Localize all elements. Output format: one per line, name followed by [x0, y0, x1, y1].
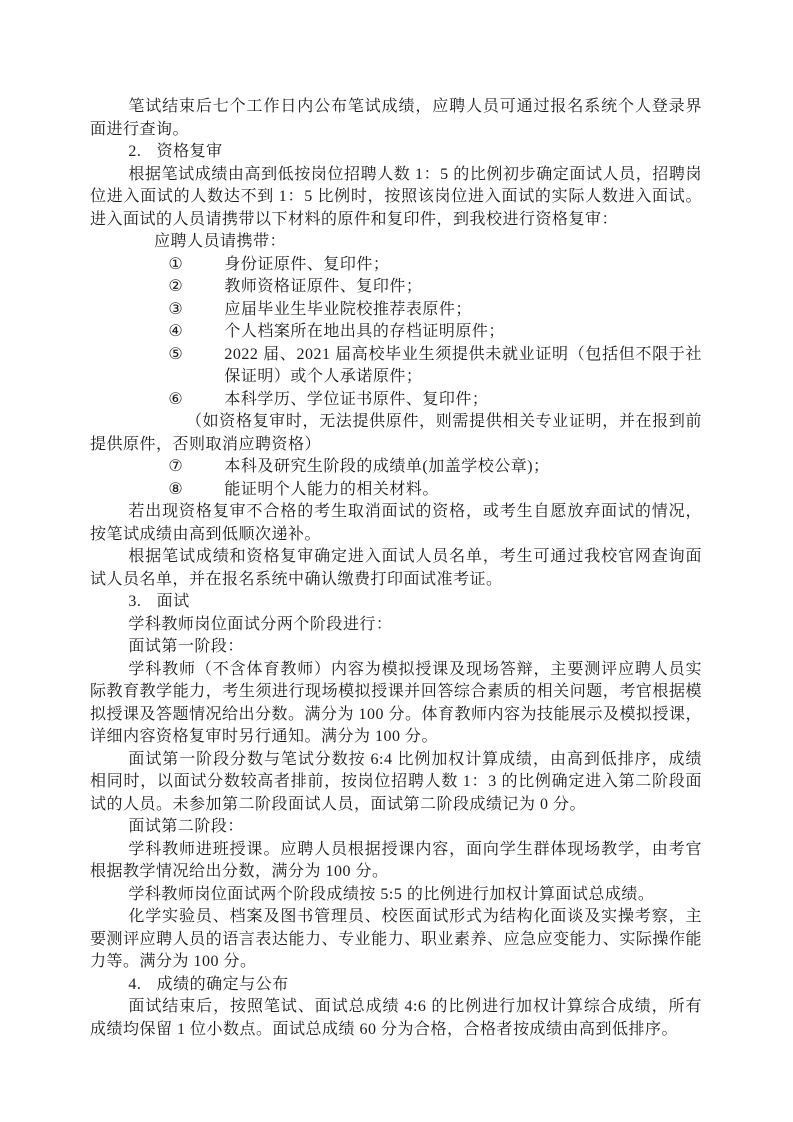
item-marker: ①	[90, 254, 224, 277]
paragraph: 根据笔试成绩由高到低按岗位招聘人数 1：5 的比例初步确定面试人员，招聘岗位进入…	[90, 164, 702, 232]
list-item: ③应届毕业生毕业院校推荐表原件；	[90, 299, 702, 322]
item-text: 本科及研究生阶段的成绩单(加盖学校公章)；	[224, 456, 702, 479]
paragraph: 根据笔试成绩和资格复审确定进入面试人员名单，考生可通过我校官网查询面试人员名单，…	[90, 546, 702, 591]
section-number: 4.	[128, 976, 141, 993]
paragraph: 笔试结束后七个工作日内公布笔试成绩，应聘人员可通过报名系统个人登录界面进行查询。	[90, 96, 702, 141]
item-text: 本科学历、学位证书原件、复印件；	[224, 389, 702, 412]
list-item: ④个人档案所在地出具的存档证明原件；	[90, 321, 702, 344]
item-text: 身份证原件、复印件；	[224, 254, 702, 277]
item-marker: ⑥	[90, 389, 224, 412]
list-item: ⑥本科学历、学位证书原件、复印件；	[90, 389, 702, 412]
section-title: 成绩的确定与公布	[157, 976, 289, 993]
list-item: ②教师资格证原件、复印件；	[90, 276, 702, 299]
section-number: 2.	[128, 143, 141, 160]
paragraph: 学科教师进班授课。应聘人员根据授课内容，面向学生群体现场教学，由考官根据教学情况…	[90, 839, 702, 884]
paragraph: 学科教师（不含体育教师）内容为模拟授课及现场答辩，主要测评应聘人员实际教育教学能…	[90, 659, 702, 749]
list-item: ⑧能证明个人能力的相关材料。	[90, 479, 702, 502]
section-heading: 3.面试	[90, 591, 702, 614]
document-page: 笔试结束后七个工作日内公布笔试成绩，应聘人员可通过报名系统个人登录界面进行查询。…	[0, 0, 793, 1122]
section-title: 面试	[157, 593, 190, 610]
item-marker: ④	[90, 321, 224, 344]
paragraph: 若出现资格复审不合格的考生取消面试的资格，或考生自愿放弃面试的情况，按笔试成绩由…	[90, 501, 702, 546]
paragraph: 面试第二阶段：	[90, 816, 702, 839]
section-heading: 2.资格复审	[90, 141, 702, 164]
item-marker: ⑤	[90, 344, 224, 389]
list-intro-line: 应聘人员请携带：	[90, 231, 702, 254]
list-item: ①身份证原件、复印件；	[90, 254, 702, 277]
section-number: 3.	[128, 593, 141, 610]
parenthetical-note: （如资格复审时，无法提供原件，则需提供相关专业证明，并在报到前提供原件，否则取消…	[90, 411, 702, 456]
list-item: ⑦本科及研究生阶段的成绩单(加盖学校公章)；	[90, 456, 702, 479]
section-title: 资格复审	[157, 143, 223, 160]
item-text: 能证明个人能力的相关材料。	[224, 479, 702, 502]
paragraph: 化学实验员、档案及图书管理员、校医面试形式为结构化面谈及实操考察，主要测评应聘人…	[90, 906, 702, 974]
paragraph: 学科教师岗位面试两个阶段成绩按 5:5 的比例进行加权计算面试总成绩。	[90, 884, 702, 907]
paragraph: 面试第一阶段分数与笔试分数按 6:4 比例加权计算成绩，由高到低排序，成绩相同时…	[90, 749, 702, 817]
list-item: ⑤2022 届、2021 届高校毕业生须提供未就业证明（包括但不限于社保证明）或…	[90, 344, 702, 389]
item-marker: ②	[90, 276, 224, 299]
item-marker: ⑧	[90, 479, 224, 502]
paragraph: 学科教师岗位面试分两个阶段进行：	[90, 614, 702, 637]
item-text: 教师资格证原件、复印件；	[224, 276, 702, 299]
item-marker: ③	[90, 299, 224, 322]
item-marker: ⑦	[90, 456, 224, 479]
section-heading: 4.成绩的确定与公布	[90, 974, 702, 997]
paragraph: 面试第一阶段：	[90, 636, 702, 659]
item-text: 个人档案所在地出具的存档证明原件；	[224, 321, 702, 344]
paragraph: 面试结束后，按照笔试、面试总成绩 4:6 的比例进行加权计算综合成绩，所有成绩均…	[90, 996, 702, 1041]
item-text: 2022 届、2021 届高校毕业生须提供未就业证明（包括但不限于社保证明）或个…	[224, 344, 702, 389]
item-text: 应届毕业生毕业院校推荐表原件；	[224, 299, 702, 322]
